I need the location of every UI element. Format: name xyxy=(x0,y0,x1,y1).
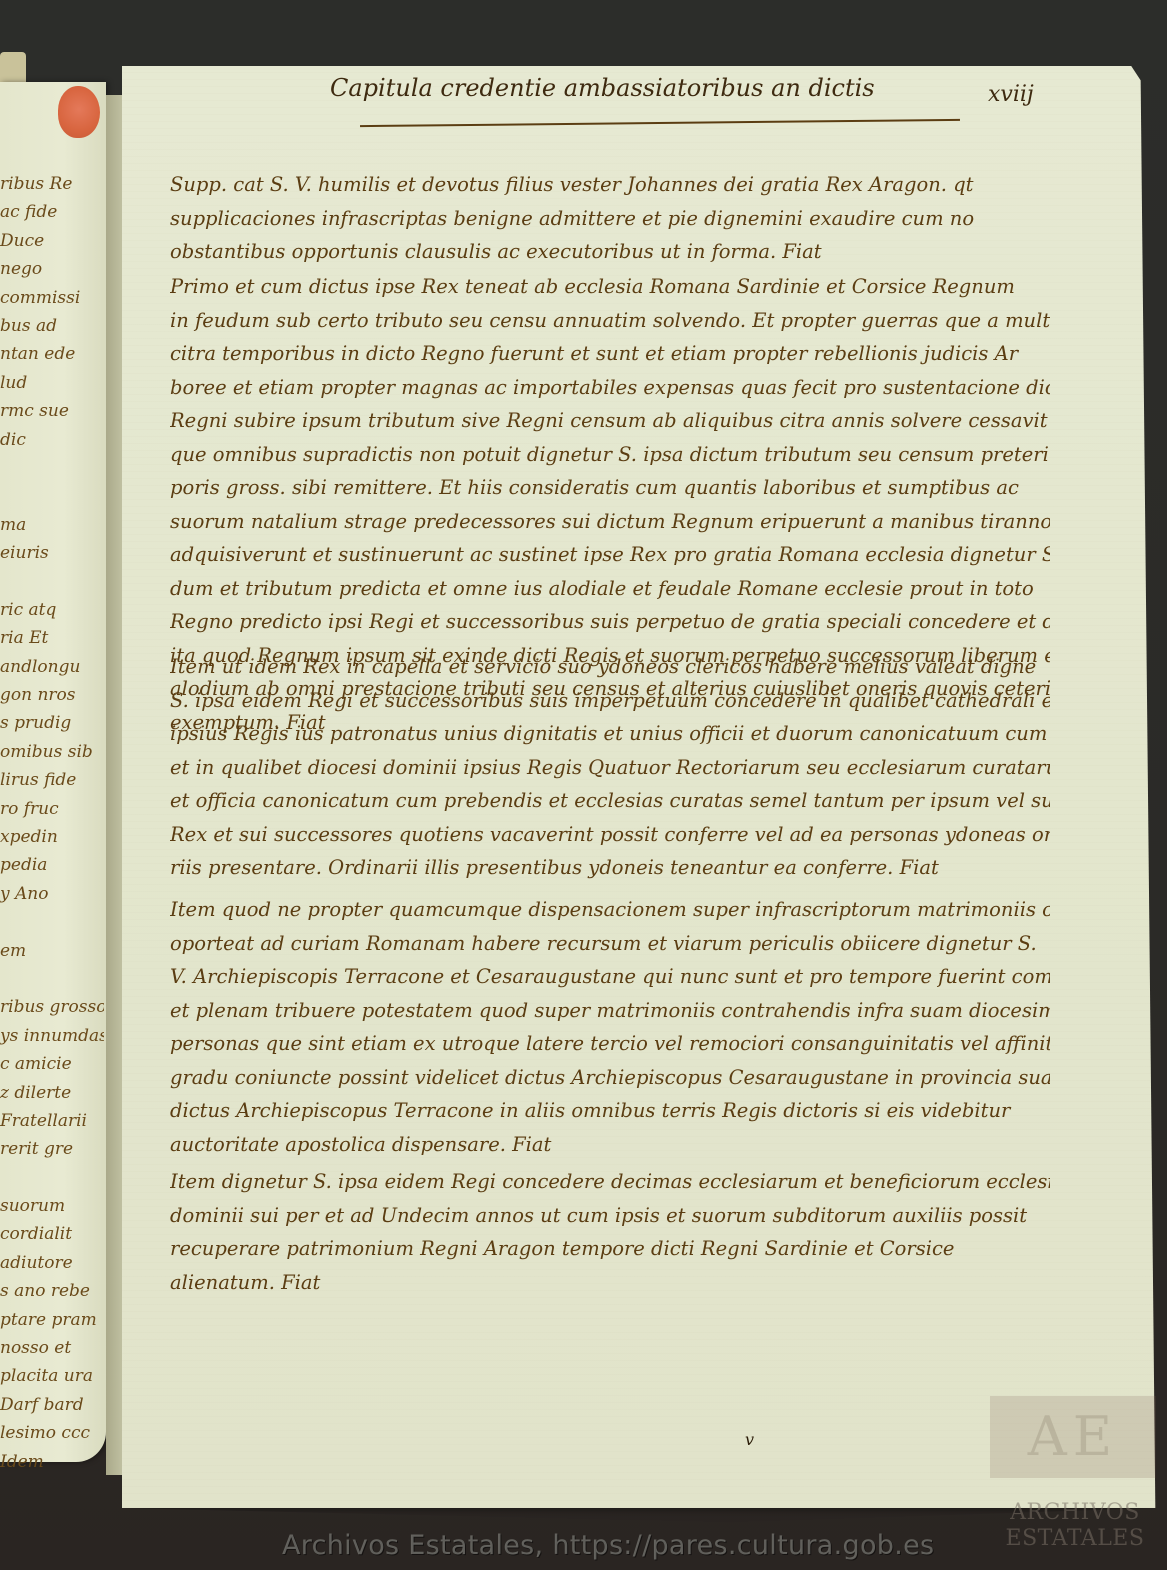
manuscript-line: boree et etiam propter magnas ac importa… xyxy=(170,371,1050,405)
facing-page-fragment: xpedin xyxy=(0,823,104,851)
manuscript-line: obstantibus opportunis clausulis ac exec… xyxy=(170,235,1050,269)
facing-page-fragment: Darf bard xyxy=(0,1391,104,1419)
facing-page-fragment: Duce xyxy=(0,227,104,255)
facing-page-fragment: rmc sue xyxy=(0,397,104,425)
manuscript-line: Item dignetur S. ipsa eidem Regi concede… xyxy=(170,1165,1050,1199)
manuscript-line: et in qualibet diocesi dominii ipsius Re… xyxy=(170,751,1050,785)
manuscript-line: Supp. cat S. V. humilis et devotus filiu… xyxy=(170,168,1050,202)
facing-page-fragment: y Ano xyxy=(0,880,104,908)
facing-page-fragment: commissi xyxy=(0,284,104,312)
facing-page-fragment: andlongu xyxy=(0,653,104,681)
manuscript-line: in feudum sub certo tributo seu censu an… xyxy=(170,304,1050,338)
manuscript-line: auctoritate apostolica dispensare. Fiat xyxy=(170,1128,1050,1162)
facing-page-fragment: s prudig xyxy=(0,709,104,737)
manuscript-line: riis presentare. Ordinarii illis present… xyxy=(170,851,1050,885)
facing-page-fragment: ys innumdas xyxy=(0,1022,104,1050)
archive-name-line-1: ARCHIVOS xyxy=(990,1500,1160,1526)
facing-page-fragment: cordialit xyxy=(0,1220,104,1248)
facing-page-fragment xyxy=(0,908,104,936)
facing-page-fragment xyxy=(0,1164,104,1192)
manuscript-line: recuperare patrimonium Regni Aragon temp… xyxy=(170,1232,1050,1266)
facing-page-fragment: ptare pram xyxy=(0,1306,104,1334)
facing-page-fragment: c amicie xyxy=(0,1050,104,1078)
manuscript-line: citra temporibus in dicto Regno fuerunt … xyxy=(170,337,1050,371)
archive-url-watermark: Archivos Estatales, https://pares.cultur… xyxy=(282,1530,934,1561)
manuscript-line: suorum natalium strage predecessores sui… xyxy=(170,505,1050,539)
facing-page-fragment: suorum xyxy=(0,1192,104,1220)
facing-page-fragment: Fratellarii xyxy=(0,1107,104,1135)
manuscript-line: personas que sint etiam ex utroque later… xyxy=(170,1027,1050,1061)
manuscript-line: Primo et cum dictus ipse Rex teneat ab e… xyxy=(170,270,1050,304)
facing-page-fragment: em xyxy=(0,937,104,965)
manuscript-line: poris gross. sibi remittere. Et hiis con… xyxy=(170,471,1050,505)
manuscript-line: alienatum. Fiat xyxy=(170,1266,1050,1300)
manuscript-line: dum et tributum predicta et omne ius alo… xyxy=(170,572,1050,606)
facing-page-fragment: dic xyxy=(0,426,104,454)
paragraph-item-dispensacio: Item quod ne propter quamcumque dispensa… xyxy=(170,893,1050,1161)
facing-page-fragment xyxy=(0,965,104,993)
facing-page-fragment: gon nros xyxy=(0,681,104,709)
facing-page-fragment xyxy=(0,454,104,482)
manuscript-line: Rex et sui successores quotiens vacaveri… xyxy=(170,818,1050,852)
facing-page-fragment: ribus Re xyxy=(0,170,104,198)
manuscript-line: V. Archiepiscopis Terracone et Cesaraugu… xyxy=(170,960,1050,994)
manuscript-line: supplicaciones infrascriptas benigne adm… xyxy=(170,202,1050,236)
facing-page-fragment: lesimo ccc xyxy=(0,1419,104,1447)
facing-page-fragment: eiuris xyxy=(0,539,104,567)
facing-page-fragment: adiutore xyxy=(0,1249,104,1277)
paragraph-item-capella: Item ut idem Rex in capella et servicio … xyxy=(170,650,1050,885)
facing-page-fragment: lirus fide xyxy=(0,766,104,794)
manuscript-line: Regno predicto ipsi Regi et successoribu… xyxy=(170,605,1050,639)
facing-page-fragment: nosso et xyxy=(0,1334,104,1362)
facing-page-fragment: omibus sib xyxy=(0,738,104,766)
wax-seal-icon xyxy=(58,86,100,138)
manuscript-line: Item quod ne propter quamcumque dispensa… xyxy=(170,893,1050,927)
paragraph-supplication: Supp. cat S. V. humilis et devotus filiu… xyxy=(170,168,1050,269)
manuscript-line: oporteat ad curiam Romanam habere recurs… xyxy=(170,927,1050,961)
paragraph-item-decimas: Item dignetur S. ipsa eidem Regi concede… xyxy=(170,1165,1050,1299)
document-heading: Capitula credentie ambassiatoribus an di… xyxy=(330,74,875,102)
facing-page-fragment: s ano rebe xyxy=(0,1277,104,1305)
manuscript-line: que omnibus supradictis non potuit digne… xyxy=(170,438,1050,472)
manuscript-line: dictus Archiepiscopus Terracone in aliis… xyxy=(170,1094,1050,1128)
manuscript-line: Regni subire ipsum tributum sive Regni c… xyxy=(170,404,1050,438)
facing-page-fragment: bus ad xyxy=(0,312,104,340)
facing-page-fragment: ro fruc xyxy=(0,795,104,823)
archive-name-line-2: ESTATALES xyxy=(990,1526,1160,1552)
facing-page-fragment: ric atq xyxy=(0,596,104,624)
facing-page-fragment: rerit gre xyxy=(0,1135,104,1163)
facing-page-fragment: nego xyxy=(0,255,104,283)
manuscript-line: dominii sui per et ad Undecim annos ut c… xyxy=(170,1199,1050,1233)
facing-page-fragment: ntan ede xyxy=(0,340,104,368)
manuscript-line: S. ipsa eidem Regi et successoribus suis… xyxy=(170,684,1050,718)
facing-page-fragment: Idem xyxy=(0,1448,104,1476)
archive-name-watermark: ARCHIVOS ESTATALES xyxy=(990,1500,1160,1552)
facing-page-fragment: placita ura xyxy=(0,1362,104,1390)
manuscript-line: adquisiverunt et sustinuerunt ac sustine… xyxy=(170,538,1050,572)
facing-page-fragment: ac fide xyxy=(0,198,104,226)
facing-page-fragment: ribus grosso xyxy=(0,993,104,1021)
folio-number: xviij xyxy=(988,82,1034,107)
facing-page-text: ribus Reac fideDucenegocommissibus adnta… xyxy=(0,170,104,1476)
facing-page-fragment: pedia xyxy=(0,851,104,879)
facing-page-fragment: ria Et xyxy=(0,624,104,652)
archive-logo-watermark: AE xyxy=(990,1396,1156,1478)
manuscript-line: et plenam tribuere potestatem quod super… xyxy=(170,994,1050,1028)
manuscript-line: et officia canonicatum cum prebendis et … xyxy=(170,784,1050,818)
facing-page-fragment xyxy=(0,567,104,595)
manuscript-line: gradu coniuncte possint videlicet dictus… xyxy=(170,1061,1050,1095)
manuscript-line: Item ut idem Rex in capella et servicio … xyxy=(170,650,1050,684)
facing-page-fragment: lud xyxy=(0,369,104,397)
facing-page-fragment xyxy=(0,482,104,510)
facing-page-fragment: z dilerte xyxy=(0,1079,104,1107)
facing-page-fragment: ma xyxy=(0,511,104,539)
facing-page-flap xyxy=(0,52,26,86)
page-mark: v xyxy=(745,1430,754,1449)
manuscript-line: ipsius Regis ius patronatus unius dignit… xyxy=(170,717,1050,751)
